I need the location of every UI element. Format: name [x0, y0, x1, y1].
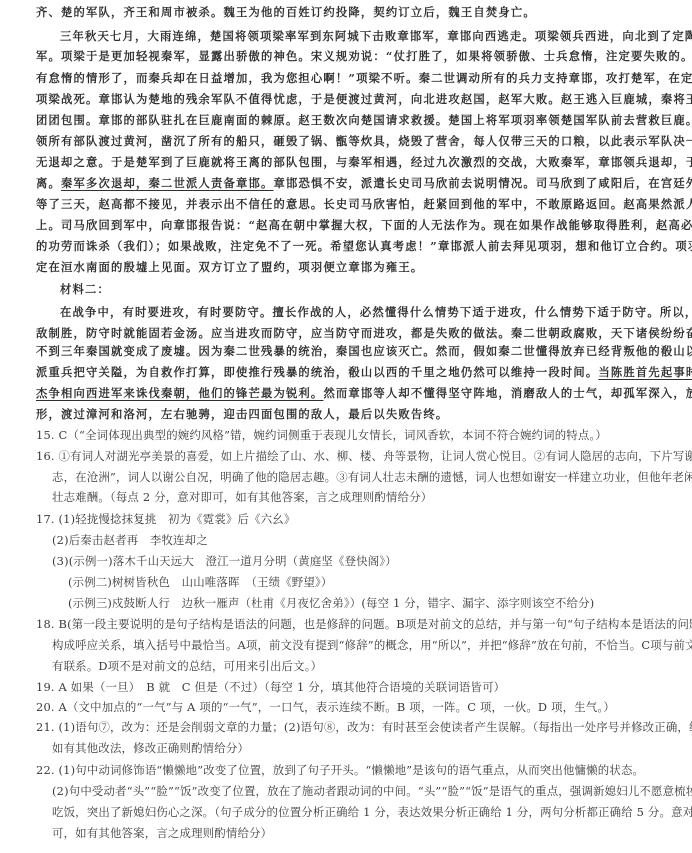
answer-22-cont: 可，如有其他答案，言之成理则酌情给分） — [52, 826, 272, 840]
answer-15: 15. C（“全词体现出典型的婉约风格”错，婉约词侧重于表现儿女情长，词风香软，… — [36, 428, 607, 442]
passage-line: 定在洹水南面的殷墟上见面。双方订立了盟约，项羽便立章邯为雍王。 — [36, 260, 423, 274]
passage-line: 敌制胜，防守时就能固若金汤。应当进攻而防守，应当防守而进攻，都是失败的做法。秦二… — [36, 326, 692, 340]
passage-line: 杰争相向西进军来诛伐秦朝，他们的锋芒最为锐利。然而章邯等人却不懂得坚守阵地，消磨… — [36, 386, 692, 400]
answer-17-part2: (2)后秦击赵者再 李牧连却之 — [52, 533, 208, 547]
passage-line: 无退却之意。于是楚军到了巨鹿就将王离的部队包围，与秦军相遇，经过九次激烈的交战，… — [36, 155, 692, 169]
answer-20: 20. A（文中加点的“一气”与 A 项的“一气”，一口气，表示连续不断。B 项… — [36, 700, 615, 714]
answer-18: 18. B(第一段主要说明的是句子结构是语法的问题，也是修辞的问题。B项是对前文… — [36, 617, 692, 631]
passage-line: 齐、楚的军队，齐王和周市被杀。魏王为他的百姓订约投降，契约订立后，魏王自焚身亡。 — [36, 5, 536, 19]
answer-key-page: 齐、楚的军队，齐王和周市被杀。魏王为他的百姓订约投降，契约订立后，魏王自焚身亡。… — [0, 0, 692, 853]
passage-line: 三年秋天七月，大雨连绵，楚国将领项梁率军到东阿城下击败章邯军，章邯向西逃走。项梁… — [60, 29, 692, 43]
passage-text: 章邯恐惧不安，派遣长史司马欣前去说明情况。司马欣到了咸阳后，在宫廷外门的司马门 — [273, 176, 692, 190]
passage-text: 派重兵把守关隘，为自救作打算，即使推行残暴的统治，殽山以西的千里之地仍然可以维持… — [36, 365, 598, 379]
answer-19: 19. A 如果（一旦） B 就 C 但是（不过）（每空 1 分，填其他符合语境… — [36, 680, 505, 694]
underlined-sentence: 杰争相向西进军来诛伐秦朝，他们的锋芒最为锐利。 — [36, 386, 323, 400]
passage-line: 等了三天，赵高都不接见，并表示出不信任的意思。长史司马欣害怕，赶紧回到他的军中，… — [36, 197, 692, 211]
underlined-sentence: 当陈胜首先起事时，天下的豪 — [598, 365, 692, 379]
answer-17-example3: (示例三)戍鼓断人行 边秋一雁声（杜甫《月夜忆舍弟》）(每空 1 分，错字、漏字… — [68, 596, 594, 610]
passage-text: 然而章邯等人却不懂得坚守阵地，消磨敌人的士气，却孤军深入，放弃了险要地 — [323, 386, 692, 400]
passage-line: 上。司马欣回到军中，向章邯报告说：“赵高在朝中掌握大权，下面的人无法作为。现在如… — [36, 218, 692, 232]
passage-text: 离。 — [36, 176, 61, 190]
answer-18-cont: 构成呼应关系，填入括号中最恰当。A项，前文没有提到“修辞”的概念，用“所以”，并… — [52, 638, 692, 652]
passage-line: 在战争中，有时要进攻，有时要防守。擅长作战的人，必然懂得什么情势下适于进攻，什么… — [60, 305, 692, 319]
answer-16: 16. ①有词人对湖光亭美景的喜爱，如上片描绘了山、水、柳、楼、舟等景物，让词人… — [36, 449, 692, 463]
answer-21: 21. (1)语句⑦，改为：还是会削弱文章的力量；(2)语句⑧，改为：有时甚至会… — [36, 720, 692, 734]
answer-21-cont: 如有其他改法，修改正确则酌情给分） — [52, 741, 249, 755]
passage-line: 派重兵把守关隘，为自救作打算，即使推行残暴的统治，殽山以西的千里之地仍然可以维持… — [36, 365, 692, 379]
passage-line: 离。秦军多次退却，秦二世派人责备章邯。章邯恐惧不安，派遣长史司马欣前去说明情况。… — [36, 176, 692, 190]
passage-line: 形，渡过漳河和洛河，左右驰骋，迎击四面包围的敌人，最后以失败告终。 — [36, 407, 448, 421]
passage-line: 的功劳而诛杀（我们）；如果战败，注定免不了一死。希望您认真考虑！”章邯派人前去拜… — [36, 239, 692, 253]
section-heading: 材料二： — [60, 282, 110, 296]
answer-17-example2: (示例二)树树皆秋色 山山唯落晖 （王绩《野望》） — [68, 575, 332, 589]
answer-18-cont: 有联系。D项不是对前文的总结，可用来引出后文。） — [52, 659, 322, 673]
answer-16-cont: 壮志难酬。（每点 2 分，意对即可，如有其他答案，言之成理则酌情给分） — [52, 490, 432, 504]
underlined-sentence: 秦军多次退却，秦二世派人责备章邯。 — [61, 176, 273, 190]
passage-line: 项梁战死。章邯认为楚地的残余军队不值得忧虑，于是便渡过黄河，向北进攻赵国，赵军大… — [36, 92, 692, 106]
answer-22: 22. (1)句中动词修饰语“懒懒地”改变了位置，放到了句子开头。“懒懒地”是该… — [36, 763, 644, 777]
passage-line: 团团包围。章邯的部队驻扎在巨鹿南面的棘原。赵王数次向楚国请求救援。楚国上将军项羽… — [36, 113, 692, 127]
answer-17-part3: (3)(示例一)落木千山天远大 澄江一道月分明（黄庭坚《登快阁》） — [52, 554, 397, 568]
passage-line: 不到三年秦国就变成了废墟。因为秦二世残暴的统治，秦国也应该灭亡。然而，假如秦二世… — [36, 344, 692, 358]
answer-16-cont: 志，在沧洲”，词人以谢公自况，明确了他的隐居志趣。③有词人壮志未酬的遗憾，词人也… — [52, 470, 692, 484]
answer-22-part2: (2)句中受动者“头”“脸”“饭”改变了位置，放在了施动者跟动词的中间。“头”“… — [52, 784, 692, 798]
passage-line: 有怠惰的情形了，而秦兵却在日益增加，我为您担心啊！”项梁不听。秦二世调动所有的兵… — [36, 71, 692, 85]
passage-line: 军。项梁于是更加轻视秦军，显露出骄傲的神色。宋义规劝说：“仗打胜了，如果将领骄傲… — [36, 49, 692, 63]
passage-line: 领所有部队渡过黄河，凿沉了所有的船只，砸毁了锅、甑等炊具，烧毁了营舍，每人仅带三… — [36, 134, 692, 148]
answer-22-cont: 吃饭，突出了新媳妇伤心之深。（句子成分的位置分析正确给 1 分，表达效果分析正确… — [52, 805, 692, 819]
answer-17: 17. (1)轻拢慢捻抹复挑 初为《霓裳》后《六幺》 — [36, 512, 296, 526]
